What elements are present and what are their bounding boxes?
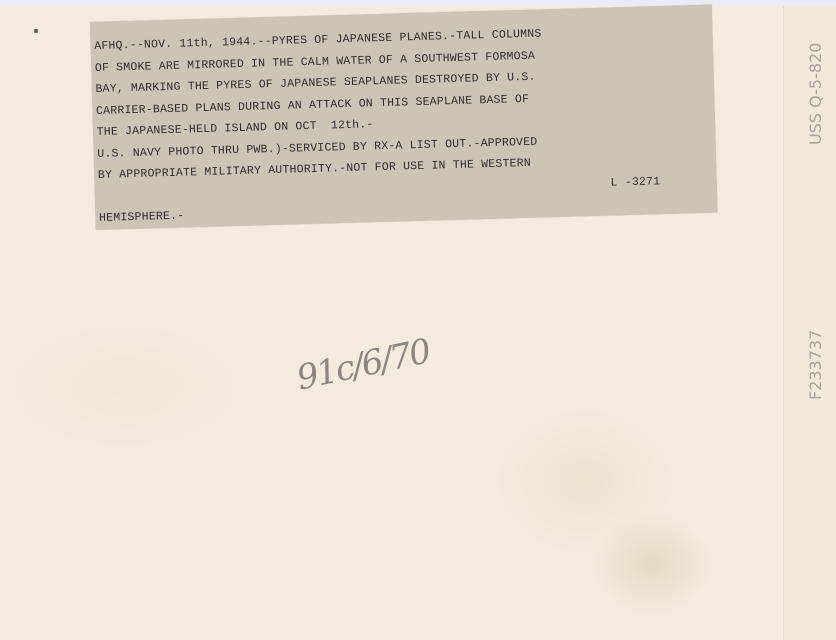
- handwritten-margin-note-top: USS Q-5-820: [806, 43, 825, 145]
- ink-speck: [34, 29, 38, 33]
- caption-text: AFHQ.--NOV. 11th, 1944.--PYRES OF JAPANE…: [94, 20, 669, 229]
- handwritten-margin-note-bottom: F233737: [806, 330, 825, 400]
